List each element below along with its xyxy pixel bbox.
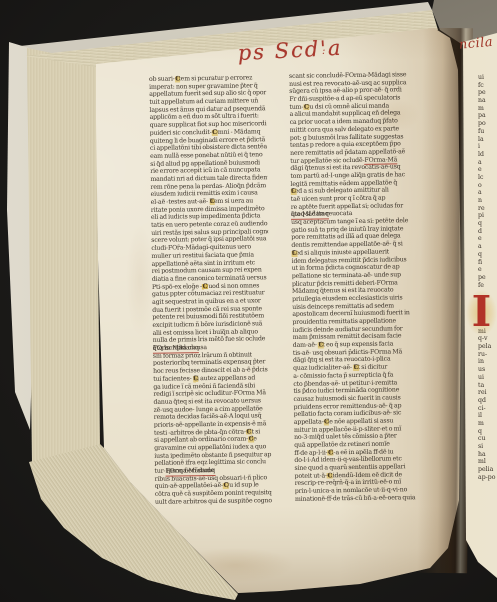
text-column-left: ob suari-C Item si pcuratur p errorezimp… bbox=[149, 74, 272, 509]
text-line: pelia bbox=[478, 466, 497, 474]
text-column-right: scant sic concludẽ-FOrma-Mãdagi sissenus… bbox=[289, 71, 416, 507]
capitulum-mark: C bbox=[175, 75, 181, 83]
red-lombard-initial: I bbox=[466, 290, 497, 336]
text-line: ha bbox=[478, 451, 497, 459]
text-line: fi bbox=[478, 259, 497, 267]
capitulum-mark: C bbox=[212, 129, 218, 137]
text-line: a bbox=[478, 159, 497, 167]
text-line: na bbox=[478, 97, 497, 105]
text-line: ml bbox=[478, 458, 497, 466]
text-line: pe bbox=[478, 274, 497, 282]
text-line: ta bbox=[478, 382, 497, 390]
text-line: a bbox=[478, 189, 497, 197]
text-line: uult dare arbitros qui de suspitõe cogno bbox=[155, 497, 272, 506]
text-line: ci- bbox=[478, 405, 497, 413]
text-line: ru- bbox=[478, 351, 497, 359]
text-line: ui bbox=[478, 374, 497, 382]
text-line bbox=[478, 481, 497, 489]
text-line: q-v bbox=[478, 335, 497, 343]
text-line: si bbox=[478, 443, 497, 451]
text-line: us bbox=[478, 366, 497, 374]
text-line: re bbox=[478, 205, 497, 213]
text-line: pa bbox=[478, 112, 497, 120]
text-line: cu bbox=[478, 435, 497, 443]
capitulum-mark: C bbox=[223, 482, 229, 490]
red-edge-note: ncila bbox=[458, 34, 497, 55]
text-line: qd bbox=[478, 397, 497, 405]
capitulum-mark: C bbox=[291, 250, 297, 258]
capitulum-mark: C bbox=[328, 449, 334, 457]
text-line: ap-po bbox=[478, 474, 497, 482]
text-line: n bbox=[478, 197, 497, 205]
text-line: po bbox=[478, 120, 497, 128]
text-line: minationẽ-ff-de trãs-cũ bñ-a-eẽ-oera qui… bbox=[295, 494, 416, 503]
capitulum-mark: C bbox=[209, 198, 215, 206]
text-line: m bbox=[478, 105, 497, 113]
capitulum-mark: C bbox=[318, 341, 324, 349]
text-line: q bbox=[478, 220, 497, 228]
text-line: il bbox=[478, 412, 497, 420]
text-line: q bbox=[478, 428, 497, 436]
text-line: in bbox=[478, 358, 497, 366]
capitulum-mark: C bbox=[323, 418, 329, 426]
capitulum-mark: C bbox=[327, 472, 333, 480]
text-line: i bbox=[478, 143, 497, 151]
text-line: la bbox=[478, 136, 497, 144]
text-line: pi bbox=[478, 212, 497, 220]
text-line: ld bbox=[478, 151, 497, 159]
text-line: e bbox=[478, 166, 497, 174]
red-underlined-phrase: ma-Mãdamq bbox=[291, 211, 329, 219]
text-line: lc bbox=[478, 174, 497, 182]
text-line: fc bbox=[478, 82, 497, 90]
capitulum-mark: C bbox=[248, 436, 254, 444]
capitulum-mark: C bbox=[246, 428, 252, 436]
photo-of-open-incunable-book: uifcpenampapofulaildaelcoanrepiqdeaqfiep… bbox=[0, 0, 497, 602]
text-line: pela bbox=[478, 343, 497, 351]
capitulum-mark: C bbox=[193, 375, 199, 383]
red-underlined-phrase: FOrma-Mãdamq bbox=[165, 467, 215, 476]
capitulum-mark: C bbox=[303, 103, 309, 111]
text-line: d bbox=[478, 228, 497, 236]
text-line: e bbox=[478, 235, 497, 243]
text-line: rei bbox=[478, 389, 497, 397]
text-line bbox=[478, 489, 497, 497]
text-line: a bbox=[478, 243, 497, 251]
text-line: m bbox=[478, 420, 497, 428]
red-underlined-phrase: FOrm-Mãdamq bbox=[153, 344, 199, 352]
rubric-flourish: : bbox=[322, 46, 332, 60]
text-line: e bbox=[478, 266, 497, 274]
text-line bbox=[478, 497, 497, 505]
capitulum-mark: C bbox=[202, 283, 208, 291]
capitulum-mark: C bbox=[291, 188, 297, 196]
red-underlined-phrase: FOrma-Mã bbox=[364, 156, 397, 165]
running-header-rubric: ps Scd'a bbox=[237, 35, 359, 77]
text-line: pe bbox=[478, 89, 497, 97]
capitulum-mark: C bbox=[353, 364, 359, 372]
text-line: ui bbox=[478, 74, 497, 82]
text-line: o bbox=[478, 182, 497, 190]
text-line: q bbox=[478, 251, 497, 259]
text-line: fu bbox=[478, 128, 497, 136]
